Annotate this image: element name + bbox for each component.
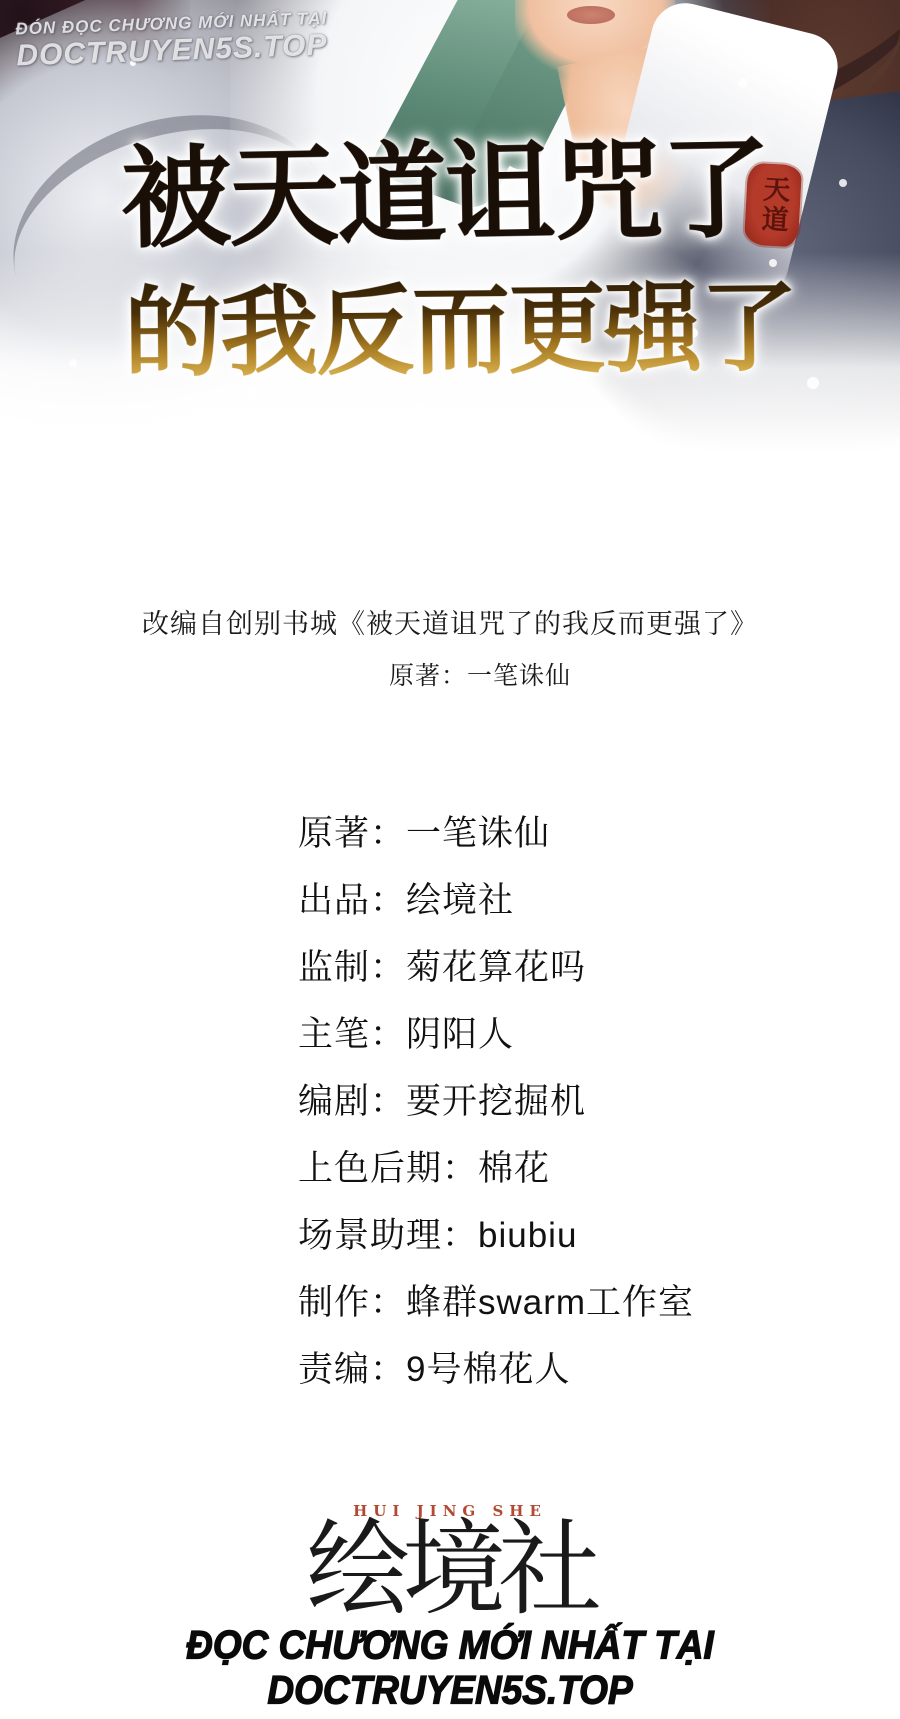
credit-lead-artist: 主笔：阴阳人	[298, 1007, 694, 1074]
site-watermark: ĐÓN ĐỌC CHƯƠNG MỚI NHẤT TẠI DOCTRUYEN5S.…	[15, 9, 329, 74]
credit-production: 制作：蜂群swarm工作室	[298, 1275, 694, 1342]
credit-original-author: 原著：一笔诛仙	[298, 806, 694, 873]
studio-logo: HUI JING SHE 绘境社	[220, 1502, 680, 1632]
studio-logo-name: 绘境社	[220, 1516, 680, 1622]
adaptation-source-line: 改编自创别书城《被天道诅咒了的我反而更强了》	[0, 602, 900, 641]
character-lips	[567, 6, 615, 24]
credits-list: 原著：一笔诛仙 出品：绘境社 监制：菊花算花吗 主笔：阴阳人 编剧：要开挖掘机 …	[298, 806, 694, 1409]
series-title-line2: 的我反而更强了	[123, 249, 796, 396]
credit-supervisor: 监制：菊花算花吗	[298, 940, 694, 1007]
credit-coloring: 上色后期：棉花	[298, 1141, 694, 1208]
tiandao-seal: 天道	[744, 163, 802, 248]
credit-editor: 责编：9号棉花人	[298, 1342, 694, 1409]
credit-producer: 出品：绘境社	[298, 873, 694, 940]
credit-scene-assistant: 场景助理：biubiu	[298, 1208, 694, 1275]
cover-art: ĐÓN ĐỌC CHƯƠNG MỚI NHẤT TẠI DOCTRUYEN5S.…	[0, 0, 900, 452]
comic-credits-page: ĐÓN ĐỌC CHƯƠNG MỚI NHẤT TẠI DOCTRUYEN5S.…	[0, 0, 900, 1719]
seal-text: 天道	[758, 174, 788, 235]
series-title-line1: 被天道诅咒了	[120, 100, 771, 269]
footer-site-banner: ĐỌC CHƯƠNG MỚI NHẤT TẠI DOCTRUYEN5S.TOP	[0, 1623, 900, 1714]
adaptation-author-line: 原著：一笔诛仙	[30, 656, 900, 692]
credit-screenwriter: 编剧：要开挖掘机	[298, 1074, 694, 1141]
